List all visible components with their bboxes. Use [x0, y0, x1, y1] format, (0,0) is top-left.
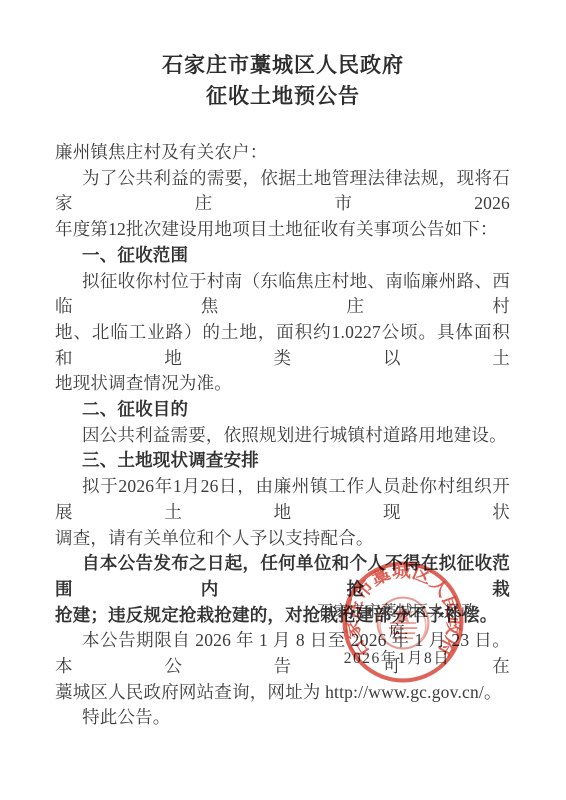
- body-line: 年度第12批次建设用地项目土地征收有关事项公告如下：: [55, 217, 510, 243]
- section-heading-1: 一、征收范围: [55, 243, 510, 269]
- salutation: 廉州镇焦庄村及有关农户：: [55, 140, 510, 166]
- body-line: 拟征收你村位于村南（东临焦庄村地、南临廉州路、西临焦庄村: [55, 269, 510, 320]
- title-line-1: 石家庄市藁城区人民政府: [0, 50, 566, 81]
- signature-block: 石家庄市藁城区人民政府 2026年1月8日: [311, 602, 483, 669]
- title-line-2: 征收土地预公告: [0, 81, 566, 112]
- body-line: 地、北临工业路）的土地，面积约1.0227公顷。具体面积和地类以土: [55, 320, 510, 371]
- warning-line: 自本公告发布之日起，任何单位和个人不得在拟征收范围内抢栽: [55, 551, 510, 602]
- body-line: 调查，请有关单位和个人予以支持配合。: [55, 526, 510, 552]
- section-heading-3: 三、土地现状调查安排: [55, 448, 510, 474]
- section-heading-2: 二、征收目的: [55, 397, 510, 423]
- announcement-document: 石家庄市藁城区人民政府 征收土地预公告 廉州镇焦庄村及有关农户： 为了公共利益的…: [0, 0, 566, 800]
- body-line: 拟于2026年1月26日，由廉州镇工作人员赴你村组织开展土地现状: [55, 474, 510, 525]
- body-line: 因公共利益需要，依照规划进行城镇村道路用地建设。: [55, 423, 510, 449]
- signature-date: 2026年1月8日: [311, 649, 483, 669]
- body-line: 藁城区人民政府网站查询，网址为 http://www.gc.gov.cn/。: [55, 680, 510, 706]
- closing-line: 特此公告。: [55, 705, 510, 731]
- body-line: 地现状调查情况为准。: [55, 371, 510, 397]
- signature-issuer: 石家庄市藁城区人民政府: [311, 602, 483, 642]
- document-title: 石家庄市藁城区人民政府 征收土地预公告: [0, 0, 566, 112]
- body-line: 为了公共利益的需要，依据土地管理法律法规，现将石家庄市2026: [55, 166, 510, 217]
